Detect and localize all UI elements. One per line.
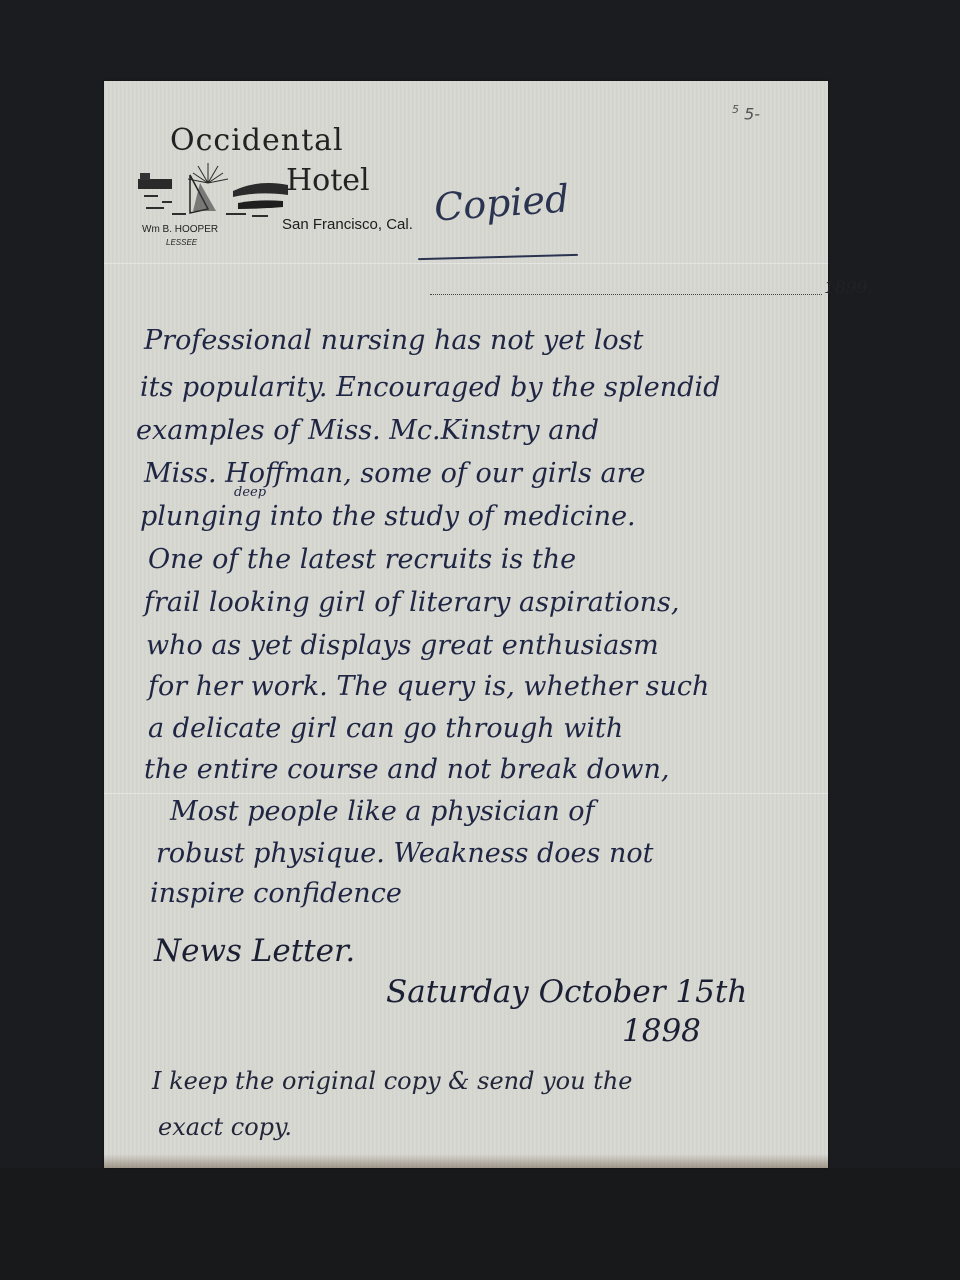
- hotel-name-line2: Hotel: [286, 163, 370, 198]
- proprietor-name: Wm B. HOOPER: [142, 224, 218, 235]
- body-line: One of the latest recruits is the: [148, 544, 576, 575]
- corner-note-main: 5-: [744, 104, 760, 123]
- publication-year: 1898: [622, 1013, 701, 1049]
- postscript-line: I keep the original copy & send you the: [152, 1067, 633, 1095]
- body-line: examples of Miss. Mc.Kinstry and: [136, 415, 599, 446]
- proprietor-title: LESSEE: [166, 238, 197, 247]
- body-line: a delicate girl can go through with: [148, 713, 623, 744]
- harbor-sailboat-icon: [138, 161, 298, 219]
- postscript-line: exact copy.: [158, 1113, 292, 1141]
- hotel-location: San Francisco, Cal.: [282, 216, 413, 233]
- body-line: for her work. The query is, whether such: [148, 671, 709, 702]
- body-line: inspire confidence: [150, 878, 402, 909]
- hotel-name-line1: Occidental: [170, 123, 344, 158]
- body-line: Miss. Hoffman, some of our girls are: [144, 458, 645, 489]
- date-dotted-line: [430, 294, 822, 295]
- body-line: the entire course and not break down,: [144, 754, 669, 785]
- letter-sheet: Occidental Hotel Wm B. HOOPER LESSEE San…: [104, 81, 828, 1168]
- body-line: its popularity. Encouraged by the splend…: [140, 372, 720, 403]
- corner-pencil-note: 5 5-: [732, 103, 760, 123]
- dark-backdrop: [0, 1168, 960, 1280]
- body-line: robust physique. Weakness does not: [156, 838, 653, 869]
- body-line: who as yet displays great enthusiasm: [146, 630, 659, 661]
- corner-note-superscript: 5: [732, 103, 739, 116]
- paper-fold: [104, 263, 828, 264]
- copied-underline: [418, 254, 578, 260]
- publication-date: Saturday October 15th: [386, 974, 747, 1010]
- paper-fold: [104, 793, 828, 794]
- publication-name: News Letter.: [154, 933, 355, 969]
- copied-annotation: Copied: [433, 176, 571, 229]
- body-line: Most people like a physician of: [170, 796, 595, 827]
- body-line: plunging into the study of medicine.: [140, 501, 636, 532]
- paper-edge-shadow: [104, 1154, 828, 1168]
- printed-year: 1899.: [824, 278, 873, 298]
- body-line: frail looking girl of literary aspiratio…: [144, 587, 679, 618]
- inserted-word: deep: [234, 485, 266, 500]
- body-line: Professional nursing has not yet lost: [144, 325, 643, 356]
